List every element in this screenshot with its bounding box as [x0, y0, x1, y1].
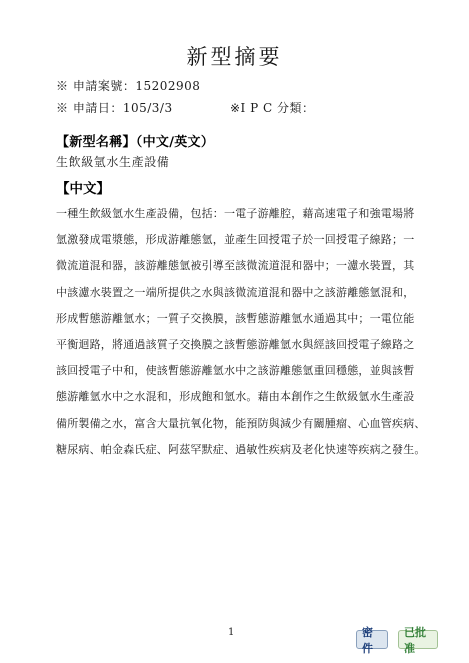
abstract-line: 備所製備之水，富含大量抗氧化物，能預防與減少有關腫瘤、心血管疾病、: [56, 411, 418, 437]
page-title: 新型摘要: [0, 41, 469, 71]
abstract-paragraph: 一種生飲級氫水生產設備，包括：一電子游離腔，藉高速電子和強電場將氫激發成電漿態，…: [56, 201, 418, 463]
application-number-label: ※ 申請案號：: [56, 79, 135, 93]
chinese-abstract-heading: 【中文】: [56, 177, 110, 197]
abstract-line: 一種生飲級氫水生產設備，包括：一電子游離腔，藉高速電子和強電場將: [56, 201, 418, 227]
application-date-line: ※ 申請日：105/3/3 ※I P C 分類：: [56, 99, 449, 116]
application-number-value: 15202908: [135, 79, 200, 93]
abstract-line: 形成暫態游離氫水；一質子交換膜，該暫態游離氫水通過其中；一電位能: [56, 306, 418, 332]
ipc-classification-label: ※I P C 分類：: [230, 99, 315, 116]
abstract-line: 該回授電子中和，使該暫態游離氫水中之該游離態氫重回穩態，並與該暫: [56, 358, 418, 384]
application-date-label: ※ 申請日：: [56, 101, 123, 115]
abstract-line: 中該濾水裝置之一端所提供之水與該微流道混和器中之該游離態氫混和，: [56, 280, 418, 306]
approved-button[interactable]: 已批准: [398, 630, 438, 649]
abstract-line: 氫激發成電漿態，形成游離態氫，並產生回授電子於一回授電子線路；一: [56, 227, 418, 253]
page-number: 1: [228, 627, 234, 638]
utility-model-name-value: 生飲級氫水生產設備: [56, 153, 169, 170]
application-number-line: ※ 申請案號：15202908: [56, 77, 200, 94]
abstract-line: 平衡迴路，將通過該質子交換膜之該暫態游離氫水與經該回授電子線路之: [56, 332, 418, 358]
abstract-line: 態游離氫水中之水混和，形成飽和氫水。藉由本創作之生飲級氫水生產設: [56, 384, 418, 410]
patent-abstract-page: 新型摘要 ※ 申請案號：15202908 ※ 申請日：105/3/3 ※I P …: [0, 0, 469, 663]
utility-model-name-heading: 【新型名稱】（中文/英文）: [56, 131, 214, 150]
confidential-button[interactable]: 密件: [356, 630, 388, 649]
abstract-line: 微流道混和器，該游離態氫被引導至該微流道混和器中；一濾水裝置，其: [56, 253, 418, 279]
application-date-value: 105/3/3: [123, 101, 173, 115]
abstract-line: 糖尿病、帕金森氏症、阿茲罕默症、過敏性疾病及老化快速等疾病之發生。: [56, 437, 418, 463]
